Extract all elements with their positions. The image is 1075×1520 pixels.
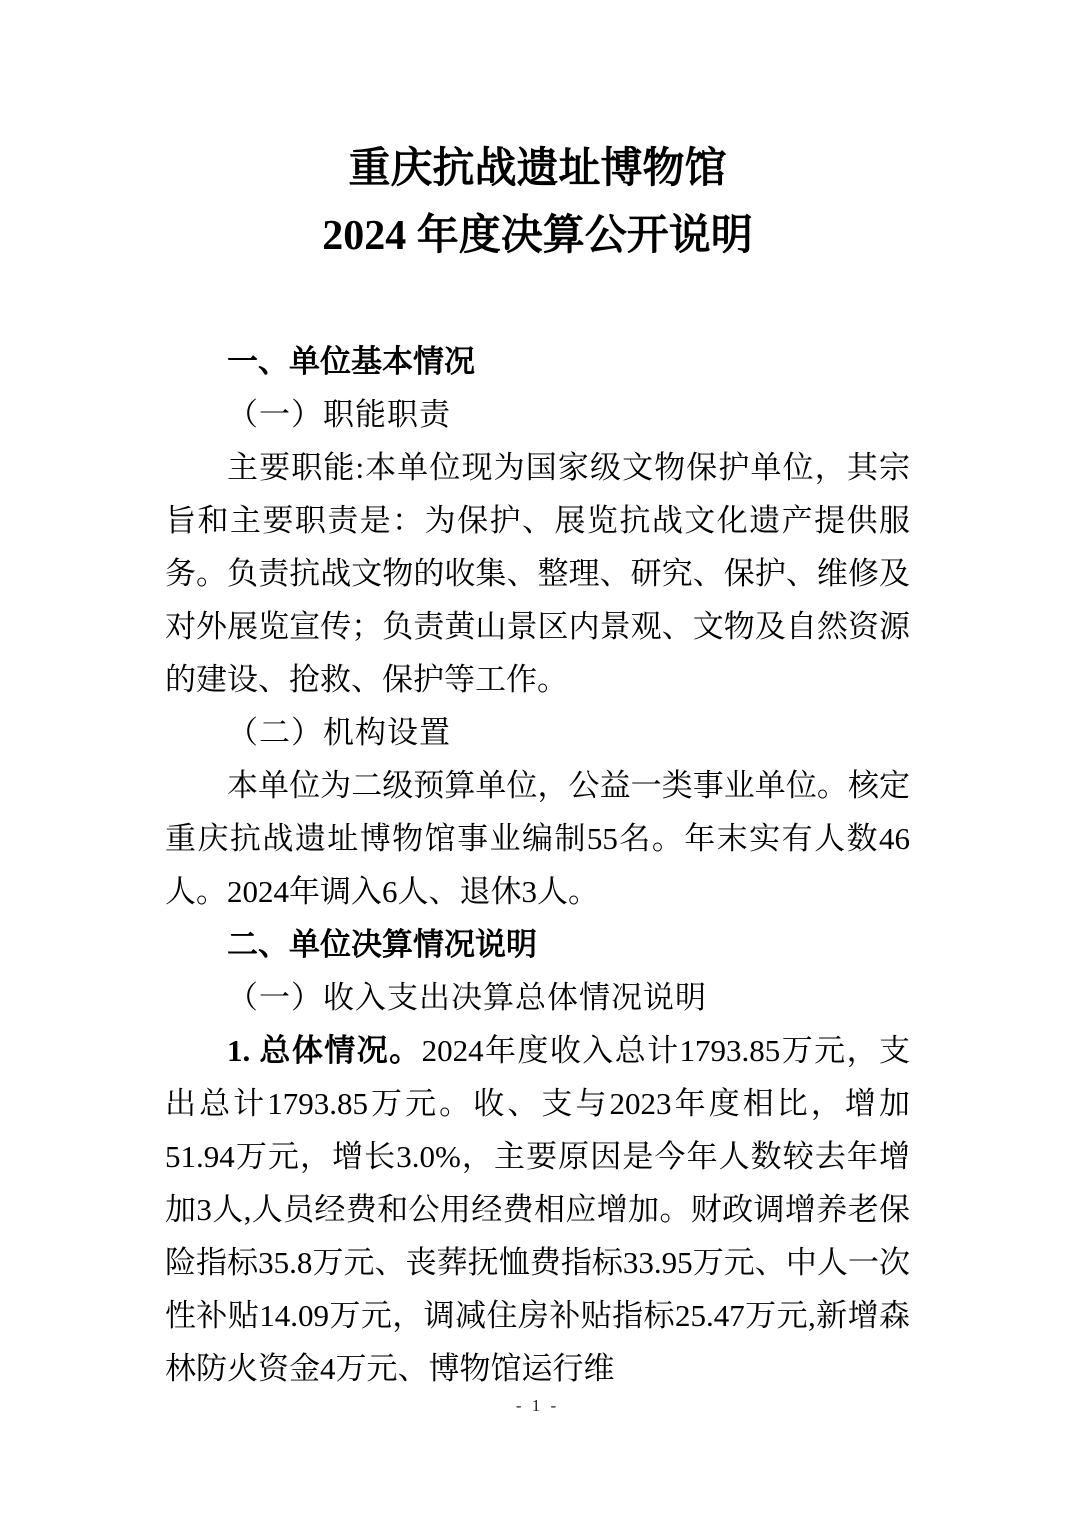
- document-title: 重庆抗战遗址博物馆 2024 年度决算公开说明: [0, 136, 1075, 270]
- subsection-heading-duties: （一）职能职责: [165, 388, 910, 441]
- title-line-2: 2024 年度决算公开说明: [0, 203, 1075, 270]
- document-body: 一、单位基本情况 （一）职能职责 主要职能:本单位现为国家级文物保护单位，其宗旨…: [165, 335, 910, 1395]
- section-heading-final-accounts: 二、单位决算情况说明: [165, 918, 910, 971]
- paragraph-overall-lead: 1. 总体情况。: [227, 1033, 422, 1068]
- paragraph-overall-body: 2024年度收入总计1793.85万元，支出总计1793.85万元。收、支与20…: [165, 1033, 910, 1386]
- paragraph-duties: 主要职能:本单位现为国家级文物保护单位，其宗旨和主要职责是：为保护、展览抗战文化…: [165, 441, 910, 706]
- document-page: 重庆抗战遗址博物馆 2024 年度决算公开说明 一、单位基本情况 （一）职能职责…: [0, 0, 1075, 1520]
- page-number: - 1 -: [516, 1396, 559, 1415]
- subsection-heading-organization: （二）机构设置: [165, 706, 910, 759]
- subsection-heading-revenue-expenditure: （一）收入支出决算总体情况说明: [165, 971, 910, 1024]
- page-footer: - 1 -: [0, 1396, 1075, 1416]
- section-heading-basic-info: 一、单位基本情况: [165, 335, 910, 388]
- title-line-1: 重庆抗战遗址博物馆: [0, 136, 1075, 203]
- paragraph-overall-situation: 1. 总体情况。2024年度收入总计1793.85万元，支出总计1793.85万…: [165, 1024, 910, 1395]
- paragraph-organization: 本单位为二级预算单位，公益一类事业单位。核定重庆抗战遗址博物馆事业编制55名。年…: [165, 759, 910, 918]
